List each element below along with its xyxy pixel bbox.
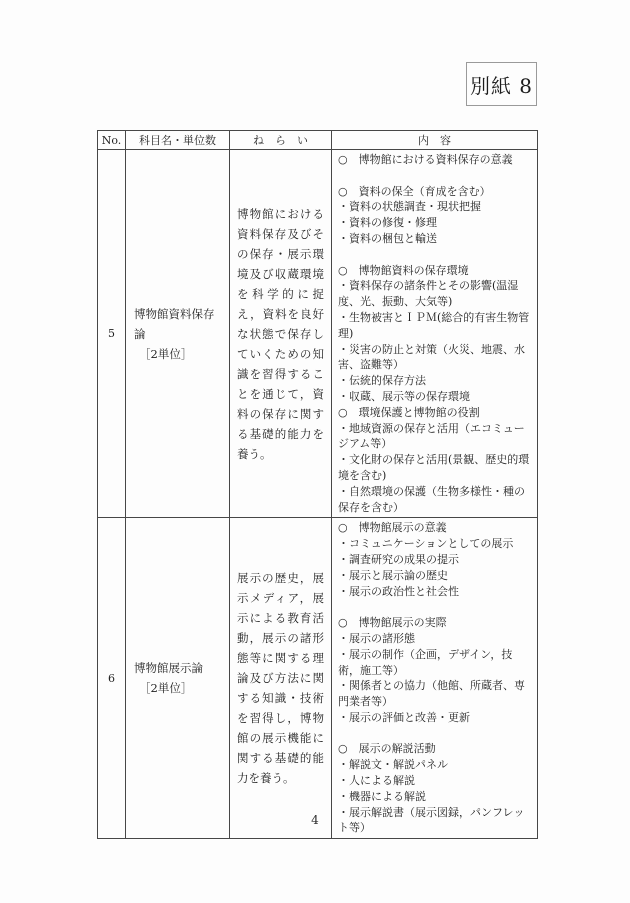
- table-body: 5博物館資料保存論［2単位］博物館における資料保存及びその保存・展示環境及び収蔵…: [98, 150, 538, 839]
- content-line: ・資料の修復・修理: [338, 215, 533, 231]
- content-line: ○ 博物館展示の実際: [338, 615, 533, 631]
- content-line: ・展示の制作（企画，デザイン，技術，施工等）: [338, 647, 533, 679]
- content-blank-line: [338, 247, 533, 263]
- row-number: 6: [98, 518, 126, 839]
- content-line: ・伝統的保存方法: [338, 373, 533, 389]
- subject-name: 博物館展示論: [134, 658, 225, 678]
- subject-name-units: 博物館資料保存論［2単位］: [126, 150, 230, 518]
- page-number: 4: [0, 813, 630, 827]
- content-line: ○ 博物館展示の意義: [338, 520, 533, 536]
- content-blank-line: [338, 726, 533, 742]
- table-row: 6博物館展示論［2単位］展示の歴史，展示メディア，展示による教育活動，展示の諸形…: [98, 518, 538, 839]
- content-line: ○ 展示の解説活動: [338, 741, 533, 757]
- header-aim: ね ら い: [230, 131, 332, 150]
- header-content: 内 容: [332, 131, 538, 150]
- content-line: ・人による解説: [338, 773, 533, 789]
- content-line: ・災害の防止と対策（火災、地震、水害、盗難等）: [338, 342, 533, 374]
- content-line: ・調査研究の成果の提示: [338, 552, 533, 568]
- content-line: ・地域資源の保存と活用（エコミュージアム等）: [338, 421, 533, 453]
- content-line: ・資料の梱包と輸送: [338, 231, 533, 247]
- content-line: ・展示の政治性と社会性: [338, 584, 533, 600]
- aim-text: 博物館における資料保存及びその保存・展示環境及び収蔵環境を科学的に捉え，資料を良…: [230, 150, 332, 518]
- header-subject-units: 科目名・単位数: [126, 131, 230, 150]
- content-line: ・解説文・解説パネル: [338, 757, 533, 773]
- attachment-label-box: 別紙 8: [466, 62, 537, 106]
- subject-name-units: 博物館展示論［2単位］: [126, 518, 230, 839]
- content-line: ・コミュニケーションとしての展示: [338, 536, 533, 552]
- content-line: ○ 環境保護と博物館の役割: [338, 405, 533, 421]
- content-line: ○ 博物館資料の保存環境: [338, 263, 533, 279]
- subject-name: 博物館資料保存論: [134, 304, 225, 344]
- content-line: ○ 資料の保全（育成を含む）: [338, 184, 533, 200]
- header-no: No.: [98, 131, 126, 150]
- content-line: ・機器による解説: [338, 789, 533, 805]
- table-row: 5博物館資料保存論［2単位］博物館における資料保存及びその保存・展示環境及び収蔵…: [98, 150, 538, 518]
- content-list: ○ 博物館における資料保存の意義○ 資料の保全（育成を含む）・資料の状態調査・現…: [332, 150, 538, 518]
- content-line: ○ 博物館における資料保存の意義: [338, 152, 533, 168]
- content-line: ・資料保存の諸条件とその影響(温湿度、光、振動、大気等): [338, 278, 533, 310]
- content-line: ・展示と展示論の歴史: [338, 568, 533, 584]
- content-line: ・展示の諸形態: [338, 631, 533, 647]
- content-line: ・収蔵、展示等の保存環境: [338, 389, 533, 405]
- content-blank-line: [338, 168, 533, 184]
- document-page: 別紙 8 No. 科目名・単位数 ね ら い 内 容 5博物館資料保存論［2単位…: [0, 0, 630, 903]
- row-number: 5: [98, 150, 126, 518]
- content-blank-line: [338, 599, 533, 615]
- content-line: ・生物被害とＩＰＭ(総合的有害生物管理): [338, 310, 533, 342]
- table-header-row: No. 科目名・単位数 ね ら い 内 容: [98, 131, 538, 150]
- subject-units: ［2単位］: [134, 344, 225, 364]
- content-line: ・文化財の保存と活用(景観、歴史的環境を含む): [338, 452, 533, 484]
- attachment-label: 別紙 8: [470, 70, 533, 99]
- content-line: ・資料の状態調査・現状把握: [338, 199, 533, 215]
- content-line: ・自然環境の保護（生物多様性・種の保存を含む）: [338, 484, 533, 516]
- curriculum-table: No. 科目名・単位数 ね ら い 内 容 5博物館資料保存論［2単位］博物館に…: [97, 130, 538, 839]
- content-line: ・関係者との協力（他館、所蔵者、専門業者等）: [338, 678, 533, 710]
- aim-text: 展示の歴史，展示メディア，展示による教育活動，展示の諸形態等に関する理論及び方法…: [230, 518, 332, 839]
- content-line: ・展示の評価と改善・更新: [338, 710, 533, 726]
- content-list: ○ 博物館展示の意義・コミュニケーションとしての展示・調査研究の成果の提示・展示…: [332, 518, 538, 839]
- subject-units: ［2単位］: [134, 678, 225, 698]
